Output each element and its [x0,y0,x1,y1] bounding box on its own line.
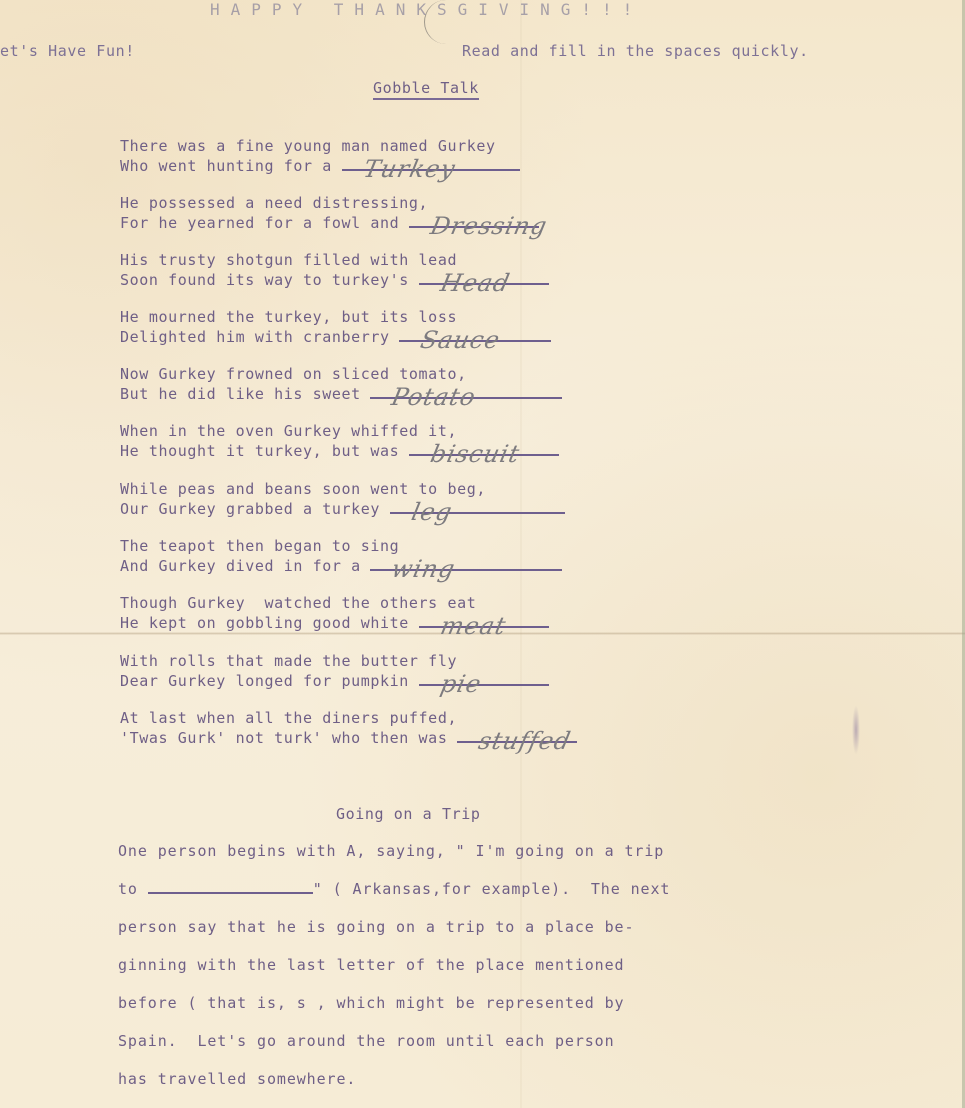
handwritten-answer: Dressing [429,217,549,235]
stanza-line-2-text: For he yearned for a fowl and [120,214,399,232]
stanza-line-1: There was a fine young man named Gurkey [120,137,520,155]
stanza-line-1: With rolls that made the butter fly [120,652,549,670]
handwritten-answer: leg [410,503,454,521]
poem-stanza: There was a fine young man named GurkeyW… [120,137,520,175]
stanza-line-2: But he did like his sweet Potato [120,383,562,403]
stanza-line-2-text: Soon found its way to turkey's [120,271,409,289]
stanza-line-1: He possessed a need distressing, [120,194,539,212]
stanza-line-1: The teapot then began to sing [120,537,562,555]
paragraph-line: before ( that is, s , which might be rep… [118,984,670,1022]
stanza-line-2-text: He kept on gobbling good white [120,614,409,632]
document-title: HAPPY THANKSGIVING!!! [210,0,643,19]
fill-in-blank[interactable]: stuffed [457,727,577,747]
stanza-line-2-text: Dear Gurkey longed for pumpkin [120,672,409,690]
section-title-going-on-a-trip: Going on a Trip [336,805,480,823]
paragraph-line: to " ( Arkansas,for example). The next [118,870,670,908]
stanza-line-1: His trusty shotgun filled with lead [120,251,549,269]
handwritten-answer: stuffed [477,732,573,750]
paragraph-text: before ( that is, s , which might be rep… [118,994,624,1012]
stanza-line-2: Dear Gurkey longed for pumpkin pie [120,670,549,690]
paragraph-text: person say that he is going on a trip to… [118,918,634,936]
stanza-line-1: When in the oven Gurkey whiffed it, [120,422,559,440]
destination-blank[interactable] [148,878,313,894]
stanza-line-1: Though Gurkey watched the others eat [120,594,549,612]
poem-stanza: He mourned the turkey, but its lossDelig… [120,308,551,346]
paragraph-line: person say that he is going on a trip to… [118,908,670,946]
stanza-line-2-text: But he did like his sweet [120,385,361,403]
handwritten-answer: meat [439,617,508,635]
stanza-line-2-text: And Gurkey dived in for a [120,557,361,575]
poem-stanza: At last when all the diners puffed,'Twas… [120,709,577,747]
poem-stanza: While peas and beans soon went to beg,Ou… [120,480,565,518]
poem-stanza: Now Gurkey frowned on sliced tomato,But … [120,365,562,403]
header-left-note: et's Have Fun! [0,42,135,60]
fill-in-blank[interactable]: wing [370,555,562,575]
poem-stanza: His trusty shotgun filled with leadSoon … [120,251,549,289]
paragraph-text: One person begins with A, saying, " I'm … [118,842,664,860]
header-instructions: Read and fill in the spaces quickly. [462,42,809,60]
stanza-line-2: Delighted him with cranberry Sauce [120,326,551,346]
paragraph-text: has travelled somewhere. [118,1070,356,1088]
stanza-line-2-text: 'Twas Gurk' not turk' who then was [120,729,447,747]
stanza-line-1: Now Gurkey frowned on sliced tomato, [120,365,562,383]
handwritten-answer: Sauce [419,331,502,349]
paragraph-text: Spain. Let's go around the room until ea… [118,1032,615,1050]
paragraph-line: has travelled somewhere. [118,1060,670,1098]
stanza-line-2: Our Gurkey grabbed a turkey leg [120,498,565,518]
handwritten-answer: Head [439,274,512,292]
paragraph-text: ginning with the last letter of the plac… [118,956,624,974]
fill-in-blank[interactable]: meat [419,612,549,632]
fill-in-blank[interactable]: leg [390,498,565,518]
stanza-line-2: Soon found its way to turkey's Head [120,269,549,289]
stanza-line-2-text: Who went hunting for a [120,157,332,175]
stanza-line-2-text: Delighted him with cranberry [120,328,390,346]
stanza-line-2: Who went hunting for a Turkey [120,155,520,175]
handwritten-answer: pie [439,675,483,693]
poem-stanza: He possessed a need distressing,For he y… [120,194,539,232]
stanza-line-2: 'Twas Gurk' not turk' who then was stuff… [120,727,577,747]
paragraph-line: ginning with the last letter of the plac… [118,946,670,984]
stanza-line-2-text: Our Gurkey grabbed a turkey [120,500,380,518]
stanza-line-2: He thought it turkey, but was biscuit [120,440,559,460]
handwritten-answer: wing [391,560,458,578]
trip-instructions: One person begins with A, saying, " I'm … [118,832,670,1098]
fill-in-blank[interactable]: pie [419,670,549,690]
fill-in-blank[interactable]: Head [419,269,549,289]
fill-in-blank[interactable]: Potato [370,383,562,403]
stanza-line-2: And Gurkey dived in for a wing [120,555,562,575]
fill-in-blank[interactable]: Turkey [342,155,520,175]
handwritten-answer: Potato [391,388,478,406]
poem-stanza: The teapot then began to singAnd Gurkey … [120,537,562,575]
poem-stanza: With rolls that made the butter flyDear … [120,652,549,690]
stanza-line-1: At last when all the diners puffed, [120,709,577,727]
section-title-gobble-talk: Gobble Talk [373,79,479,100]
stanza-line-1: He mourned the turkey, but its loss [120,308,551,326]
fill-in-blank[interactable]: Dressing [409,212,539,232]
stanza-line-1: While peas and beans soon went to beg, [120,480,565,498]
handwritten-answer: Turkey [362,160,457,178]
paragraph-text: to [118,880,148,898]
poem-stanza: When in the oven Gurkey whiffed it,He th… [120,422,559,460]
paragraph-text-continued: " ( Arkansas,for example). The next [313,880,671,898]
fill-in-blank[interactable]: Sauce [399,326,551,346]
blank-underline [419,670,549,686]
paragraph-line: One person begins with A, saying, " I'm … [118,832,670,870]
handwritten-answer: biscuit [429,445,521,463]
ink-smudge [852,705,860,755]
poem-stanza: Though Gurkey watched the others eatHe k… [120,594,549,632]
stanza-line-2-text: He thought it turkey, but was [120,442,399,460]
fill-in-blank[interactable]: biscuit [409,440,559,460]
stanza-line-2: For he yearned for a fowl and Dressing [120,212,539,232]
paragraph-line: Spain. Let's go around the room until ea… [118,1022,670,1060]
stanza-line-2: He kept on gobbling good white meat [120,612,549,632]
